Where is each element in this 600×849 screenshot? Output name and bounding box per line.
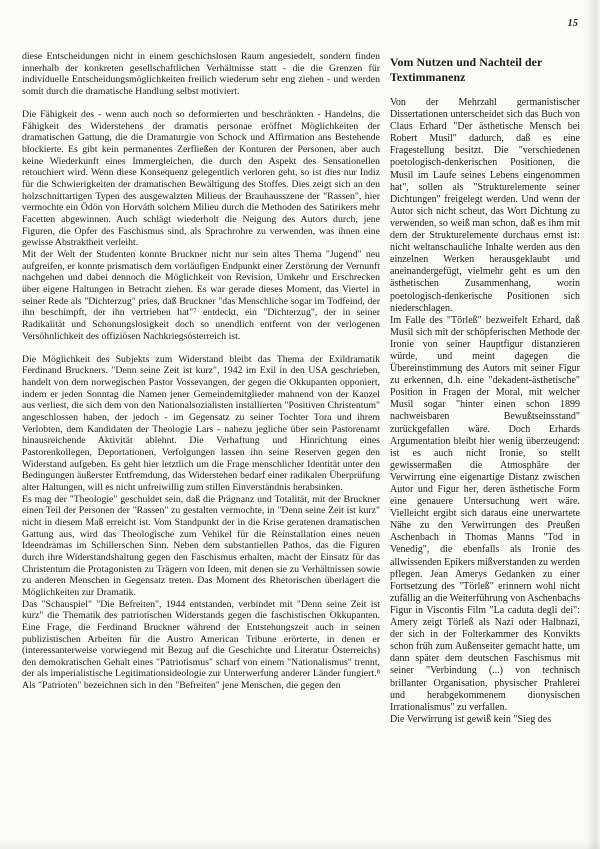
right-paragraph-3: Die Verwirrung ist gewiß kein "Sieg des <box>390 714 580 726</box>
section-heading: Vom Nutzen und Nachteil der Textimmanenz <box>390 55 580 85</box>
left-paragraph-3: Mit der Welt der Studenten konnte Bruckn… <box>22 249 380 342</box>
page-number: 15 <box>548 18 578 29</box>
scan-edge-shadow <box>586 0 600 849</box>
left-paragraph-1: diese Entscheidungen nicht in einem gesc… <box>22 51 380 98</box>
left-paragraph-6: Das "Schauspiel" "Die Befreiten", 1944 e… <box>22 599 380 692</box>
left-paragraph-5: Es mag der "Theologie" geschuldet sein, … <box>22 494 380 599</box>
left-paragraph-2: Die Fähigkeit des - wenn auch noch so de… <box>22 109 380 249</box>
right-paragraph-2: Im Falle des "Törleß" bezweifelt Erhard,… <box>390 315 580 714</box>
scan-bottom-shadow <box>0 841 600 849</box>
right-column: Vom Nutzen und Nachteil der Textimmanenz… <box>390 55 580 726</box>
left-column: diese Entscheidungen nicht in einem gesc… <box>22 51 380 692</box>
left-paragraph-4: Die Möglichkeit des Subjekts zum Widerst… <box>22 354 380 494</box>
document-page: 15 diese Entscheidungen nicht in einem g… <box>0 0 600 849</box>
right-paragraph-1: Von der Mehrzahl germanistischer Dissert… <box>390 97 580 315</box>
